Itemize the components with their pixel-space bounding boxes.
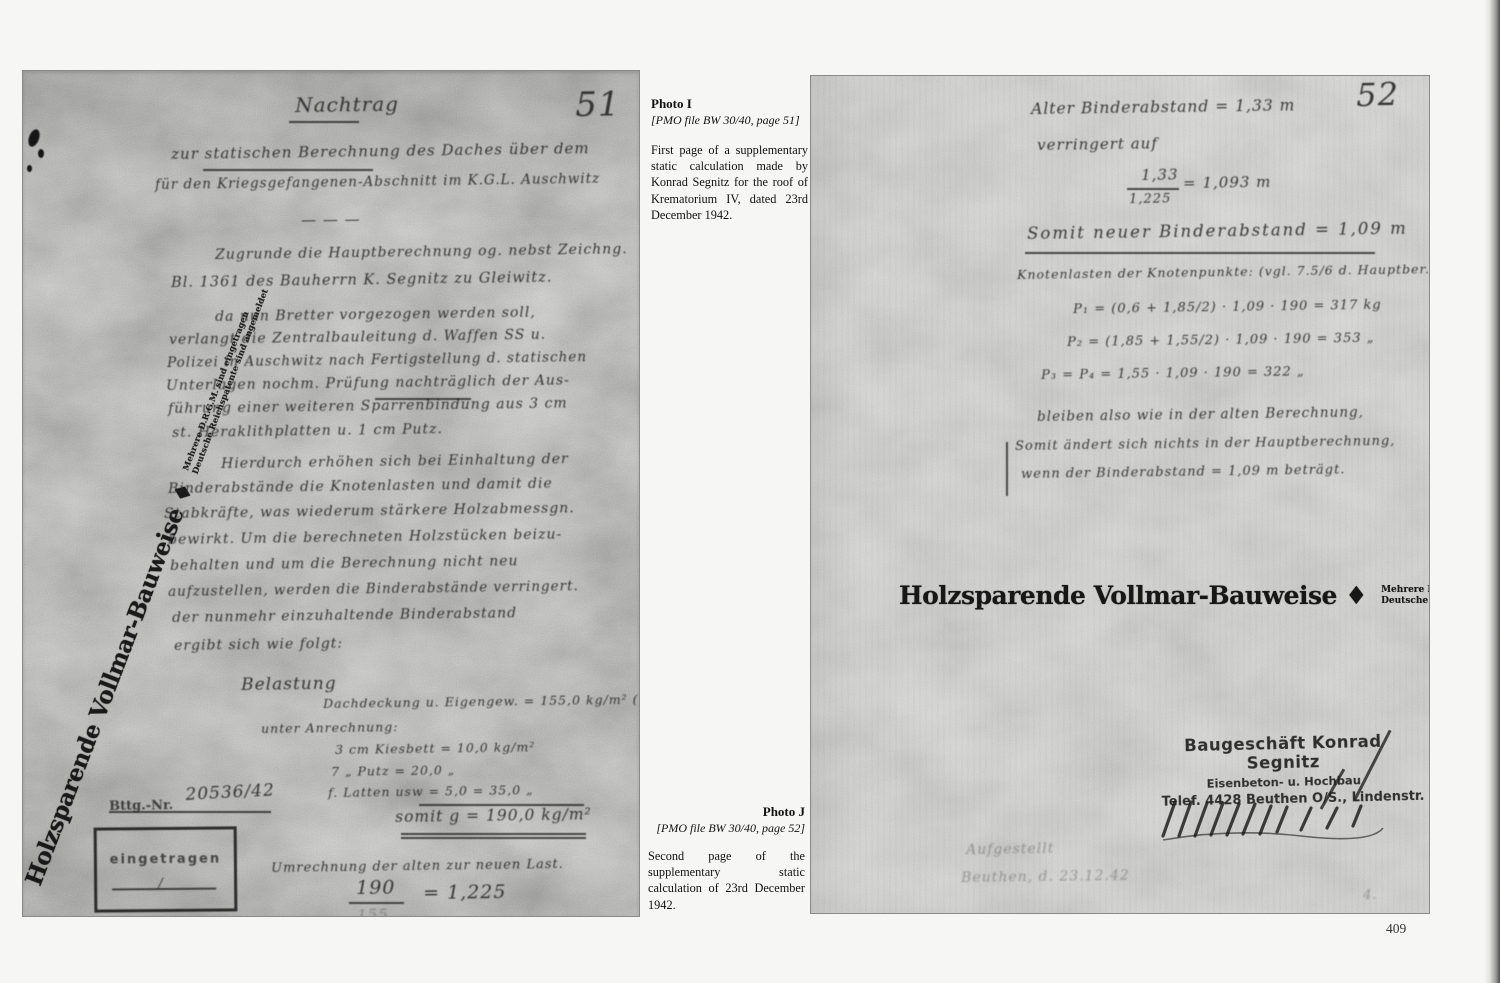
load-line: Dachdeckung u. Eigengew. = 155,0 kg/m² (… bbox=[323, 691, 640, 711]
fraction-denominator: 1,225 bbox=[1129, 191, 1171, 207]
photo-i-archive-ref: [PMO file BW 30/40, page 51] bbox=[651, 113, 808, 128]
body-line: Binderabstände die Knotenlasten und dami… bbox=[168, 476, 553, 497]
calc-line: verringert auf bbox=[1037, 134, 1158, 154]
load-line: 3 cm Kiesbett = 10,0 kg/m² bbox=[335, 739, 535, 757]
caption-photo-i: Photo I [PMO file BW 30/40, page 51] Fir… bbox=[651, 96, 808, 223]
bttg-value: 20536/42 bbox=[185, 780, 275, 805]
heading-belastung: Belastung bbox=[241, 674, 337, 695]
photo-j-document: Holzsparende Vollmar-Bauweise ♦ Mehrere … bbox=[810, 75, 1430, 914]
calc-line: Knotenlasten der Knotenpunkte: (vgl. 7.5… bbox=[1017, 261, 1430, 282]
ink-blot bbox=[38, 149, 44, 158]
body-line: aufzustellen, werden die Binderabstände … bbox=[168, 578, 579, 600]
calc-line: P₁ = (0,6 + 1,85/2) · 1,09 · 190 = 317 k… bbox=[1073, 298, 1382, 317]
pencil-note: Beuthen, d. 23.12.42 bbox=[961, 868, 1130, 886]
pencil-note: 4. bbox=[1363, 888, 1378, 903]
underline-title bbox=[203, 169, 373, 171]
margin-bracket bbox=[1006, 442, 1008, 496]
eingetragen-writing-line: / bbox=[112, 888, 216, 891]
calc-line: P₂ = (1,85 + 1,55/2) · 1,09 · 190 = 353 … bbox=[1067, 331, 1375, 350]
bttg-writing-line bbox=[109, 811, 271, 813]
body-line: Stabkräfte, was wiederum stärkere Holzab… bbox=[164, 500, 575, 522]
body-line: ergibt sich wie folgt: bbox=[174, 636, 343, 654]
body-line: behalten und um die Berechnung nicht neu bbox=[170, 553, 519, 574]
ink-blot bbox=[26, 128, 42, 148]
double-underline-total bbox=[401, 833, 586, 835]
segnitz-stamp-line: Eisenbeton- u. Hochbau bbox=[1161, 772, 1406, 792]
load-line: f. Latten usw = 5,0 = 35,0 „ bbox=[328, 782, 534, 800]
heading-nachtrag: Nachtrag bbox=[295, 92, 399, 117]
underline-result bbox=[1025, 252, 1375, 254]
pencil-note: Aufgestellt bbox=[966, 841, 1054, 858]
calc-result: = 1,225 bbox=[423, 881, 507, 904]
calc-result: = 1,093 m bbox=[1183, 173, 1272, 192]
underline-load bbox=[419, 804, 584, 806]
photo-i-label: Photo I bbox=[651, 96, 808, 112]
photo-j-description: Second page of the supplementary static … bbox=[648, 848, 805, 913]
calc-line: Somit ändert sich nichts in der Hauptber… bbox=[1015, 434, 1395, 454]
fraction-bar bbox=[349, 902, 404, 904]
section-divider: — — — bbox=[301, 210, 361, 229]
photo-i-document: Holzsparende Vollmar-Bauweise ♦ Mehrere … bbox=[22, 70, 640, 917]
photo-j-archive-ref: [PMO file BW 30/40, page 52] bbox=[648, 821, 805, 836]
body-line: st. Heraklithplatten u. 1 cm Putz. bbox=[172, 421, 443, 441]
load-line: 7 „ Putz = 20,0 „ bbox=[331, 762, 455, 779]
fraction-denominator: 155 bbox=[357, 906, 389, 917]
vollmar-stamp-text: Holzsparende Vollmar-Bauweise ♦ bbox=[899, 581, 1367, 610]
note-line: Umrechnung der alten zur neuen Last. bbox=[271, 857, 564, 876]
archive-page-number: 51 bbox=[575, 84, 621, 125]
photo-i-description: First page of a supplementary static cal… bbox=[651, 142, 808, 223]
body-line: Zugrunde die Hauptberechnung og. nebst Z… bbox=[215, 241, 628, 263]
handwritten-calculation-page-2: Holzsparende Vollmar-Bauweise ♦ Mehrere … bbox=[811, 76, 1429, 913]
vollmar-smallprint-line: Deutsche Reichspatente sind angemeldet bbox=[1381, 596, 1430, 606]
page-number: 409 bbox=[1386, 921, 1406, 937]
fraction-numerator: 1,33 bbox=[1141, 165, 1179, 184]
body-line: der nunmehr einzuhaltende Binderabstand bbox=[172, 605, 517, 626]
body-line: Bl. 1361 des Bauherrn K. Segnitz zu Glei… bbox=[171, 270, 553, 291]
body-line: verlangt die Zentralbauleitung d. Waffen… bbox=[169, 327, 546, 348]
book-edge-shadow bbox=[1484, 0, 1500, 983]
eingetragen-stamp-label: eingetragen bbox=[97, 851, 234, 867]
eingetragen-stamp-box: eingetragen / bbox=[94, 826, 238, 912]
eingetragen-slash-mark: / bbox=[158, 876, 163, 892]
calc-line: P₃ = P₄ = 1,55 · 1,09 · 190 = 322 „ bbox=[1041, 364, 1305, 383]
load-total: somit g = 190,0 kg/m² bbox=[395, 805, 592, 826]
title-line: für den Kriegsgefangenen-Abschnitt im K.… bbox=[155, 171, 600, 193]
signature-scrawl bbox=[1161, 798, 1386, 846]
underline-nachtrag bbox=[289, 121, 359, 123]
body-line: da nun Bretter vorgezogen werden soll, bbox=[215, 305, 536, 325]
caption-photo-j: Photo J [PMO file BW 30/40, page 52] Sec… bbox=[648, 804, 805, 913]
archive-page-number: 52 bbox=[1356, 75, 1399, 114]
ink-blot bbox=[27, 165, 32, 172]
calc-line-underlined: Somit neuer Binderabstand = 1,09 m bbox=[1027, 219, 1408, 243]
photo-j-label: Photo J bbox=[648, 804, 805, 820]
double-underline-total bbox=[401, 837, 586, 839]
calc-line: Alter Binderabstand = 1,33 m bbox=[1031, 96, 1295, 118]
title-line: zur statischen Berechnung des Daches übe… bbox=[171, 139, 590, 163]
vollmar-stamp-horizontal: Holzsparende Vollmar-Bauweise ♦ Mehrere … bbox=[899, 581, 1430, 610]
vollmar-stamp-smallprint: Mehrere D.R.G.M. sind eingetragen Deutsc… bbox=[1381, 585, 1430, 606]
underline-nachtraeglich bbox=[375, 398, 471, 400]
body-line: bewirkt. Um die berechneten Holzstücken … bbox=[168, 526, 562, 548]
body-line: Hierdurch erhöhen sich bei Einhaltung de… bbox=[221, 451, 569, 472]
handwritten-calculation-page-1: Holzsparende Vollmar-Bauweise ♦ Mehrere … bbox=[23, 71, 639, 916]
fraction-bar bbox=[1127, 188, 1179, 190]
load-line: unter Anrechnung: bbox=[261, 719, 399, 736]
calc-line: wenn der Binderabstand = 1,09 m beträgt. bbox=[1021, 462, 1346, 482]
fraction-numerator: 190 bbox=[356, 876, 396, 899]
calc-line: bleiben also wie in der alten Berechnung… bbox=[1037, 404, 1364, 425]
vollmar-smallprint-line: Mehrere D.R.G.M. sind eingetragen bbox=[1381, 585, 1430, 595]
